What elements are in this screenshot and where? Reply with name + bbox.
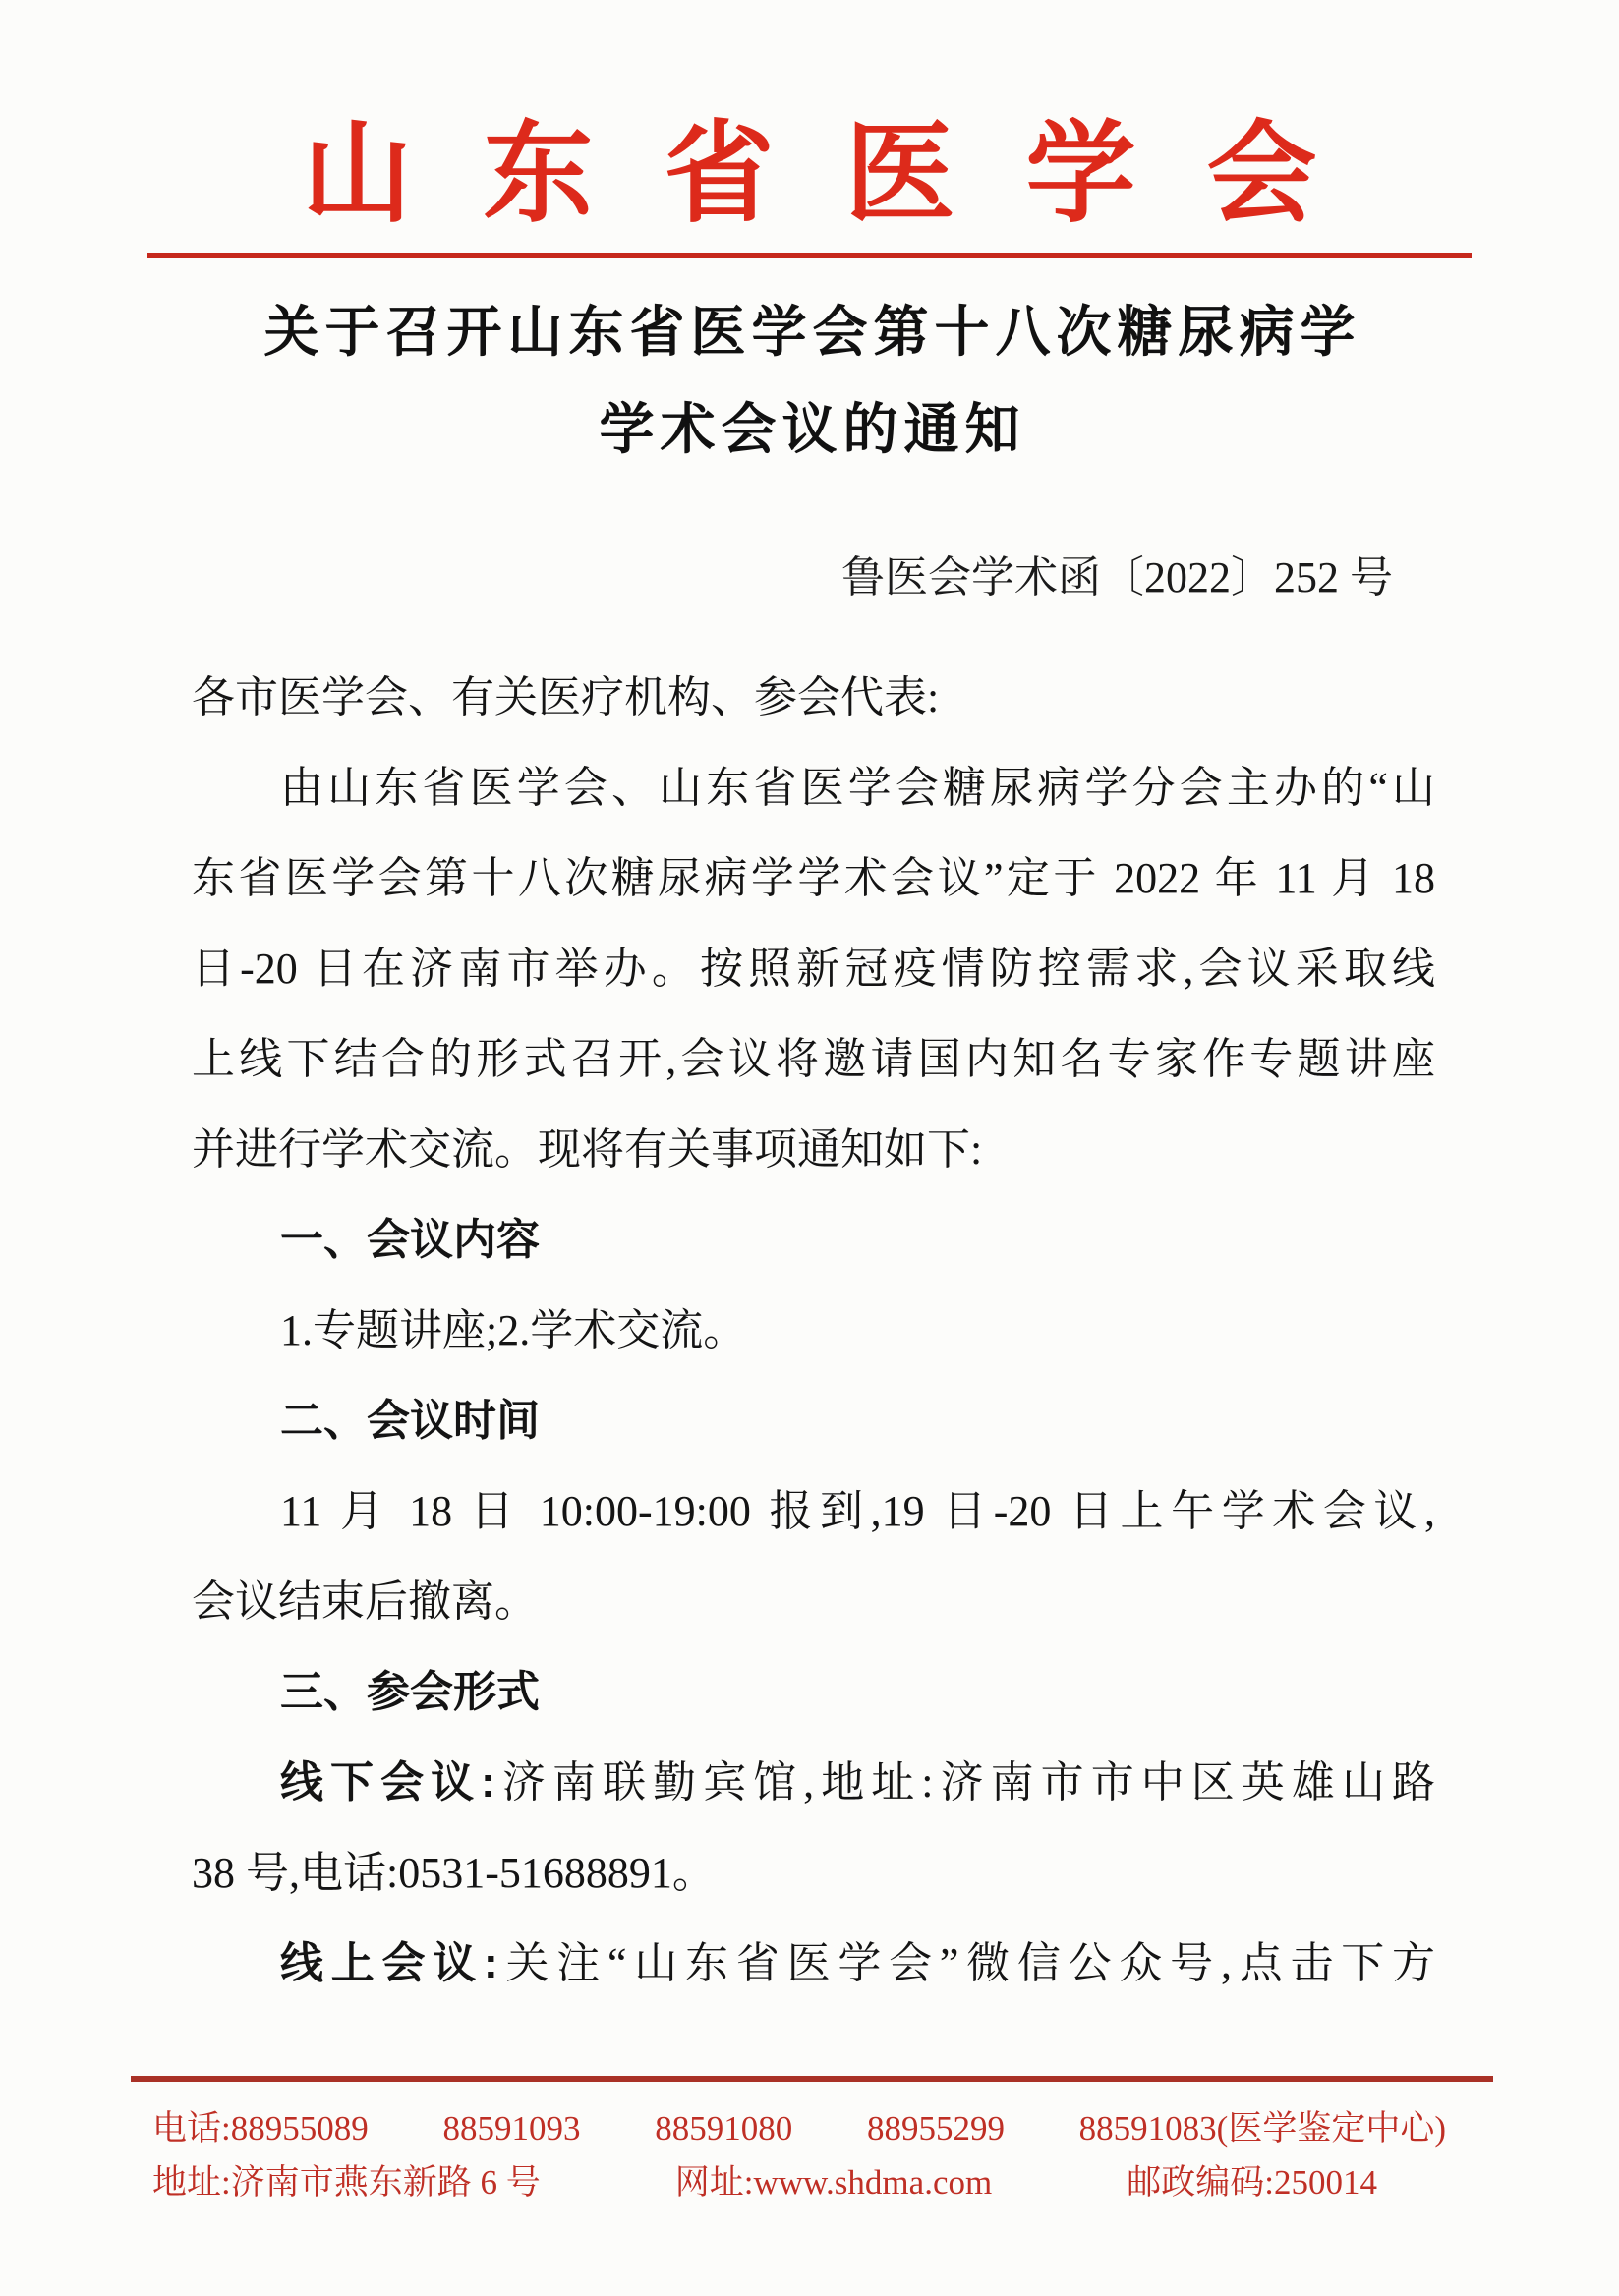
footer-phone-1: 88591093 xyxy=(442,2103,580,2154)
footer-phone-4: 88591083(医学鉴定中心) xyxy=(1079,2103,1446,2154)
online-meeting-text: 关注“山东省医学会”微信公众号,点击下方 xyxy=(498,1939,1435,1987)
footer-postal-code: 邮政编码:250014 xyxy=(1127,2157,1377,2209)
section-2-line1: 11 月 18 日 10:00-19:00 报到,19 日-20 日上午学术会议… xyxy=(192,1466,1435,1557)
footer: 电话:88955089 88591093 88591080 88955299 8… xyxy=(131,2076,1493,2209)
body-line: 并进行学术交流。现将有关事项通知如下: xyxy=(192,1105,1435,1195)
footer-address-row: 地址:济南市燕东新路 6 号 网址:www.shdma.com 邮政编码:250… xyxy=(131,2157,1493,2209)
footer-phone-2: 88591080 xyxy=(655,2103,792,2154)
document-title-line2: 学术会议的通知 xyxy=(0,382,1619,480)
salutation: 各市医学会、有关医疗机构、参会代表: xyxy=(192,653,1435,743)
section-1-content: 1.专题讲座;2.学术交流。 xyxy=(192,1286,1435,1376)
section-2-line2: 会议结束后撤离。 xyxy=(192,1557,1435,1647)
body-line: 日-20 日在济南市举办。按照新冠疫情防控需求,会议采取线 xyxy=(192,924,1435,1014)
offline-meeting-text: 济南联勤宾馆,地址:济南市市中区英雄山路 xyxy=(495,1758,1435,1807)
letterhead-divider xyxy=(147,253,1472,258)
offline-meeting-line: 线下会议:济南联勤宾馆,地址:济南市市中区英雄山路 xyxy=(192,1738,1435,1828)
body-line: 由山东省医学会、山东省医学会糖尿病学分会主办的“山 xyxy=(192,743,1435,833)
section-heading-2: 二、会议时间 xyxy=(192,1376,1435,1466)
online-meeting-line: 线上会议:关注“山东省医学会”微信公众号,点击下方 xyxy=(192,1919,1435,2009)
footer-address: 地址:济南市燕东新路 6 号 xyxy=(152,2157,541,2209)
footer-phone-label: 电话: xyxy=(152,2109,231,2148)
footer-phone-0: 88955089 xyxy=(231,2109,369,2148)
offline-meeting-label: 线下会议: xyxy=(280,1758,495,1807)
section-heading-1: 一、会议内容 xyxy=(192,1195,1435,1286)
section-heading-3: 三、参会形式 xyxy=(192,1647,1435,1738)
footer-phone-first: 电话:88955089 xyxy=(152,2103,369,2154)
document-title-line1: 关于召开山东省医学会第十八次糖尿病学 xyxy=(0,285,1619,382)
body-line: 上线下结合的形式召开,会议将邀请国内知名专家作专题讲座 xyxy=(192,1014,1435,1105)
document-number: 鲁医会学术函〔2022〕252 号 xyxy=(0,548,1619,607)
notice-body: 各市医学会、有关医疗机构、参会代表: 由山东省医学会、山东省医学会糖尿病学分会主… xyxy=(192,653,1435,2009)
document-title: 关于召开山东省医学会第十八次糖尿病学 学术会议的通知 xyxy=(0,285,1619,480)
offline-meeting-line2: 38 号,电话:0531-51688891。 xyxy=(192,1828,1435,1919)
footer-phone-row: 电话:88955089 88591093 88591080 88955299 8… xyxy=(131,2103,1493,2154)
online-meeting-label: 线上会议: xyxy=(280,1939,498,1987)
footer-divider xyxy=(131,2076,1493,2082)
scanned-notice-page: 山东省医学会 关于召开山东省医学会第十八次糖尿病学 学术会议的通知 鲁医会学术函… xyxy=(0,0,1619,2296)
org-name-letterhead: 山东省医学会 xyxy=(0,114,1619,237)
body-line: 东省医学会第十八次糖尿病学学术会议”定于 2022 年 11 月 18 xyxy=(192,833,1435,924)
footer-website: 网址:www.shdma.com xyxy=(675,2157,992,2209)
footer-phone-3: 88955299 xyxy=(867,2103,1005,2154)
